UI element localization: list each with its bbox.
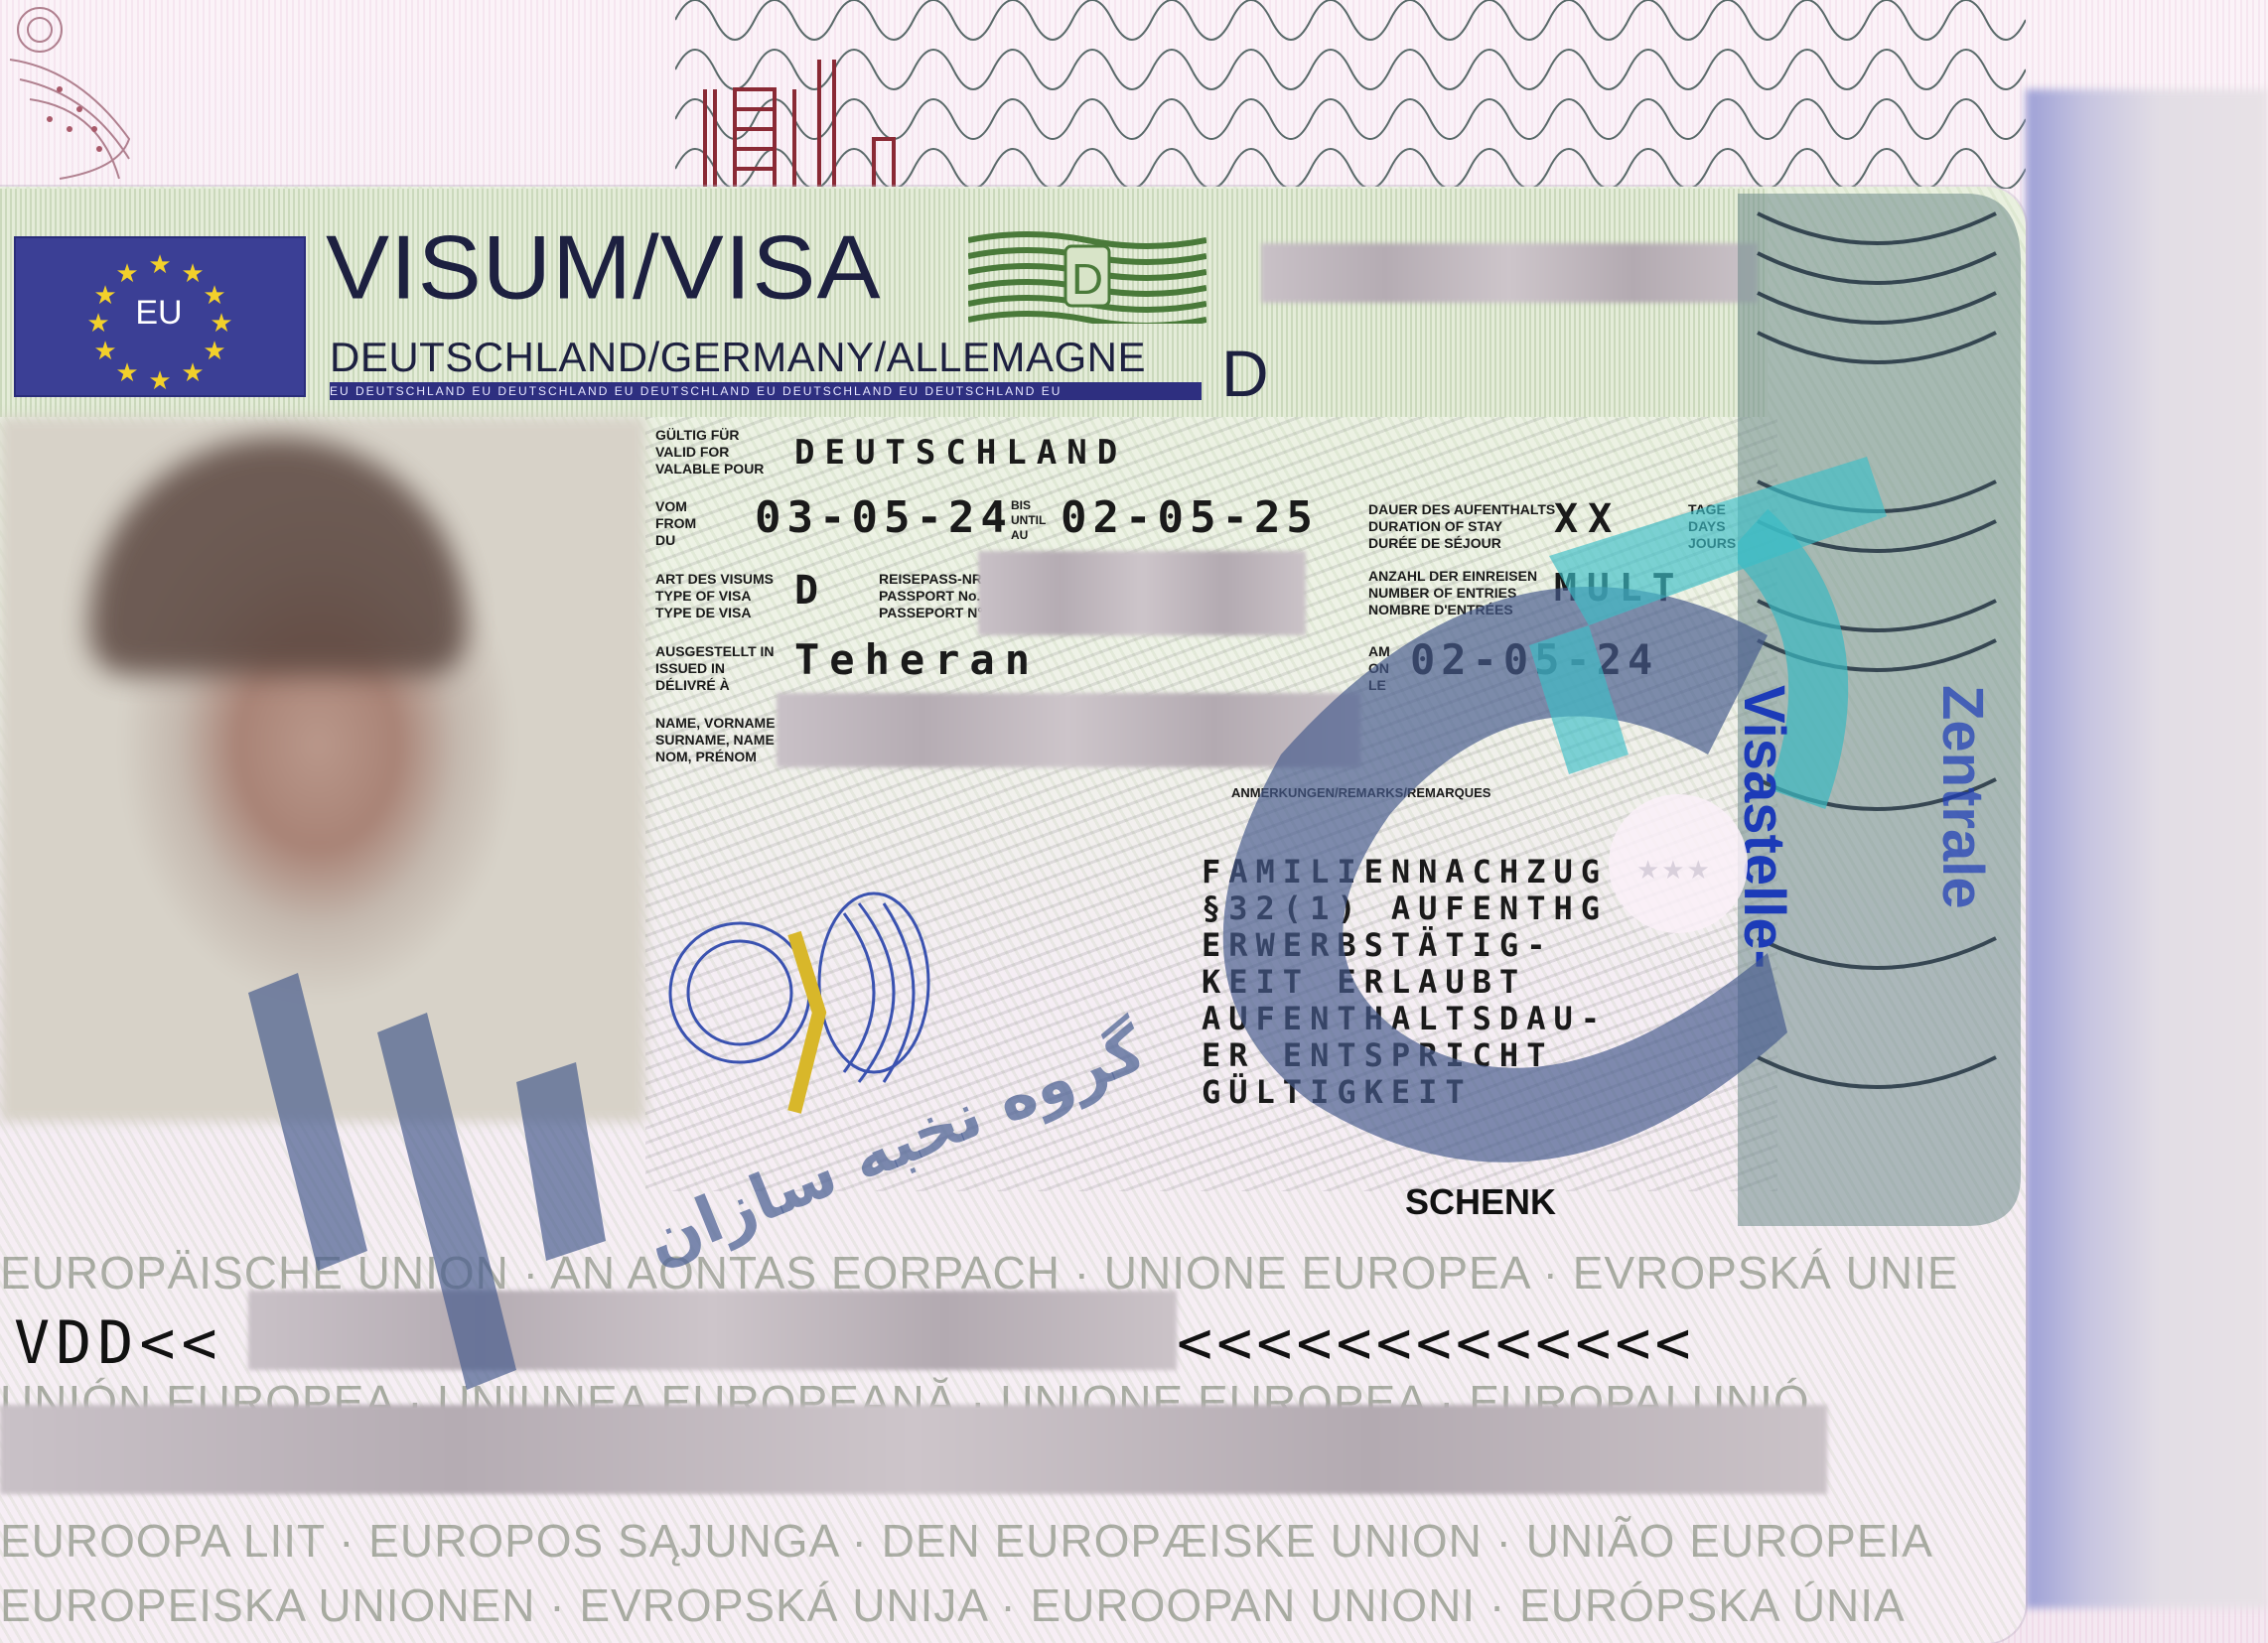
rosette-ornament bbox=[0, 0, 258, 189]
svg-text:★: ★ bbox=[203, 337, 225, 366]
passport-label: REISEPASS-NR. PASSPORT No. PASSEPORT N° bbox=[879, 571, 986, 621]
duration-unit: TAGE DAYS JOURS bbox=[1688, 501, 1736, 552]
svg-text:★: ★ bbox=[93, 337, 116, 366]
until-value: 02-05-25 bbox=[1061, 492, 1319, 543]
svg-text:★: ★ bbox=[115, 358, 138, 388]
red-bar-pattern bbox=[695, 60, 1092, 189]
svg-text:★: ★ bbox=[148, 366, 171, 395]
valid-for-label: GÜLTIG FÜR VALID FOR VALABLE POUR bbox=[655, 427, 764, 478]
duration-value: XX bbox=[1554, 496, 1622, 542]
type-label: ART DES VISUMS TYPE OF VISA TYPE DE VISA bbox=[655, 571, 774, 621]
issued-on-value: 02-05-24 bbox=[1410, 635, 1658, 684]
issuing-office-text-2: Zentrale bbox=[1929, 685, 1996, 909]
svg-text:★: ★ bbox=[181, 259, 204, 289]
remarks-label: ANMERKUNGEN/REMARKS/REMARQUES bbox=[1231, 784, 1490, 801]
redacted-mrz-name bbox=[248, 1291, 1177, 1370]
svg-text:★: ★ bbox=[93, 281, 116, 311]
entries-label: ANZAHL DER EINREISEN NUMBER OF ENTRIES N… bbox=[1368, 568, 1537, 618]
remarks-text: FAMILIENNACHZUG §32(1) AUFENTHG ERWERBST… bbox=[1202, 854, 1608, 1111]
eu-band-4: EUROPEISKA UNIONEN · EVROPSKÁ UNIJA · EU… bbox=[0, 1578, 2016, 1632]
svg-text:★: ★ bbox=[203, 281, 225, 311]
visa-title: VISUM/VISA bbox=[326, 222, 881, 313]
svg-text:★: ★ bbox=[86, 309, 109, 339]
issuing-office-text: Visastelle- bbox=[1731, 685, 1797, 969]
until-label: BIS UNTIL AU bbox=[1011, 498, 1046, 543]
svg-text:★: ★ bbox=[181, 358, 204, 388]
name-label: NAME, VORNAME SURNAME, NAME NOM, PRÉNOM bbox=[655, 715, 776, 765]
valid-for-value: DEUTSCHLAND bbox=[794, 433, 1127, 473]
country-code: D bbox=[1221, 336, 1269, 411]
issuing-country: DEUTSCHLAND/GERMANY/ALLEMAGNE bbox=[330, 334, 1146, 381]
svg-text:D: D bbox=[1071, 255, 1103, 304]
eu-label: EU bbox=[121, 294, 197, 333]
microprint-strip: EU DEUTSCHLAND EU DEUTSCHLAND EU DEUTSCH… bbox=[330, 382, 1202, 400]
from-value: 03-05-24 bbox=[755, 492, 1013, 543]
issued-in-value: Teheran bbox=[794, 635, 1040, 684]
entries-value: MULT bbox=[1554, 566, 1685, 610]
type-value: D bbox=[794, 568, 828, 614]
redacted-passport-number bbox=[978, 551, 1306, 635]
redacted-side-area bbox=[2026, 89, 2268, 1608]
svg-text:★: ★ bbox=[210, 309, 232, 339]
eu-band-3: EUROOPA LIIT · EUROPOS SĄJUNGA · DEN EUR… bbox=[0, 1514, 2016, 1568]
redacted-number bbox=[1261, 243, 1758, 303]
officer-signature: SCHENK bbox=[1405, 1181, 1556, 1223]
passport-page: ★★★ ★★★ ★★★ ★★★ EU VISUM/VISA DEUTSCHLAN… bbox=[0, 0, 2268, 1643]
mrz-line-1-fill: <<<<<<<<<<<<< bbox=[1177, 1308, 1695, 1378]
duration-label: DAUER DES AUFENTHALTS DURATION OF STAY D… bbox=[1368, 501, 1555, 552]
from-label: VOM FROM DU bbox=[655, 498, 696, 549]
svg-text:★: ★ bbox=[148, 250, 171, 280]
redacted-name bbox=[777, 693, 1360, 767]
mrz-line-1-prefix: VDD<< bbox=[14, 1308, 223, 1378]
stars-icon: ★★★ bbox=[1636, 856, 1712, 886]
svg-text:★: ★ bbox=[115, 259, 138, 289]
d-hologram-icon: D bbox=[968, 228, 1206, 324]
issued-on-label: AM ON LE bbox=[1368, 643, 1390, 694]
issued-in-label: AUSGESTELLT IN ISSUED IN DÉLIVRÉ À bbox=[655, 643, 775, 694]
redacted-mrz-line-2 bbox=[0, 1405, 1827, 1494]
